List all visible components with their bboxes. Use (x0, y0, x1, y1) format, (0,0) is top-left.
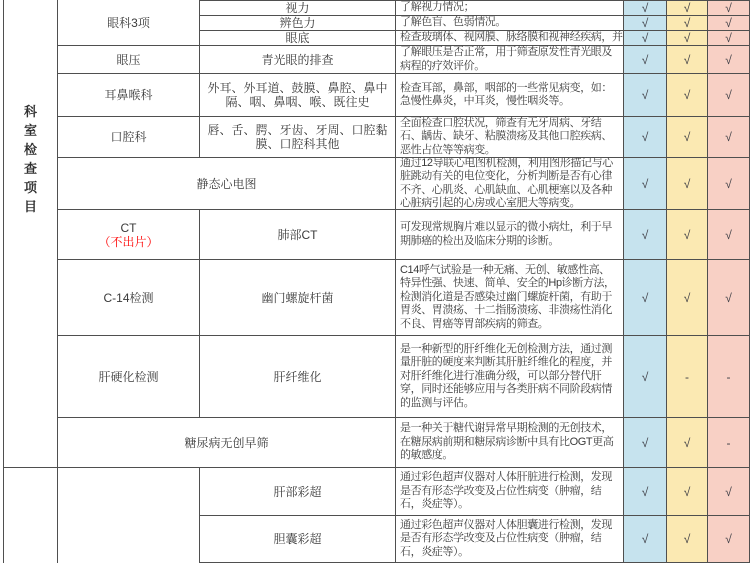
check-cell-pkg1: √ (624, 418, 667, 468)
check-cell-pkg2: √ (667, 117, 708, 158)
desc-cell: 了解色盲、色弱情况。 (396, 16, 624, 31)
category-cell-eye3: 眼科3项 (58, 0, 200, 46)
check-cell-pkg2: √ (667, 46, 708, 74)
check-cell-pkg2: √ (667, 74, 708, 117)
check-cell-pkg1: √ (624, 46, 667, 74)
check-cell-pkg1: √ (624, 158, 667, 210)
check-cell-pkg1: √ (624, 74, 667, 117)
check-cell-pkg1: √ (624, 16, 667, 31)
item-cell-hpylori: 幽门螺旋杆菌 (200, 260, 396, 336)
desc-cell: 通过彩色超声仪器对人体肝脏进行检测，发现是否有形态学改变及占位性病变（肿瘤，结石… (396, 468, 624, 516)
section-band-next-empty (3, 468, 58, 563)
check-cell-pkg1: √ (624, 336, 667, 418)
check-cell-pkg2: √ (667, 0, 708, 16)
check-cell-pkg2: - (667, 336, 708, 418)
check-cell-pkg3: - (708, 336, 750, 418)
check-cell-pkg2: √ (667, 210, 708, 260)
check-cell-pkg3: √ (708, 16, 750, 31)
check-cell-pkg1: √ (624, 117, 667, 158)
desc-cell: 了解视力情况； (396, 0, 624, 16)
desc-cell: 是一种新型的肝纤维化无创检测方法，通过测量肝脏的硬度来判断其肝脏纤维化的程度，并… (396, 336, 624, 418)
desc-cell: C14呼气试验是一种无痛、无创、敏感性高、特异性强、快速、简单、安全的Hp诊断方… (396, 260, 624, 336)
check-cell-pkg1: √ (624, 468, 667, 516)
category-cell-ct: CT （不出片） (58, 210, 200, 260)
section-band-label: 科室检查项目 (23, 102, 38, 216)
item-cell-liver-fibrosis: 肝纤维化 (200, 336, 396, 418)
check-cell-pkg1: √ (624, 260, 667, 336)
check-cell-pkg1: √ (624, 210, 667, 260)
check-cell-pkg3: √ (708, 46, 750, 74)
check-cell-pkg3: √ (708, 210, 750, 260)
check-cell-pkg2: √ (667, 16, 708, 31)
category-cell-c14: C-14检测 (58, 260, 200, 336)
check-cell-pkg1: √ (624, 516, 667, 563)
check-cell-pkg1: √ (624, 31, 667, 46)
desc-cell: 检查耳部，鼻部，咽部的一些常见病变，如：急慢性鼻炎，中耳炎，慢性咽炎等。 (396, 74, 624, 117)
desc-cell: 可发现常规胸片难以显示的微小病灶，利于早期肺癌的检出及临床分期的诊断。 (396, 210, 624, 260)
check-cell-pkg3: √ (708, 468, 750, 516)
check-cell-pkg3: √ (708, 0, 750, 16)
check-cell-pkg3: √ (708, 74, 750, 117)
checkup-items-table: 科室检查项目 眼科3项 眼压 耳鼻喉科 口腔科 静态心电图 CT （不出片） C… (3, 0, 750, 563)
item-cell-liver-ultrasound: 肝部彩超 (200, 468, 396, 516)
check-cell-pkg2: √ (667, 260, 708, 336)
desc-cell: 通过12导联心电图机检测，利用图形描记与心脏跳动有关的电位变化，分析判断是否有心… (396, 158, 624, 210)
desc-cell: 了解眼压是否正常，用于筛查原发性青光眼及病程的疗效评价。 (396, 46, 624, 74)
category-cell-liver-fibrosis: 肝硬化检测 (58, 336, 200, 418)
section-band-dept-check-items: 科室检查项目 (3, 0, 58, 468)
category-cell-dental: 口腔科 (58, 117, 200, 158)
category-cell-diabetes-merged: 糖尿病无创早筛 (58, 418, 396, 468)
check-cell-pkg2: √ (667, 158, 708, 210)
check-cell-pkg2: √ (667, 516, 708, 563)
check-cell-pkg2: √ (667, 31, 708, 46)
category-cell-eye-pressure: 眼压 (58, 46, 200, 74)
category-cell-ecg-merged: 静态心电图 (58, 158, 396, 210)
desc-cell: 通过彩色超声仪器对人体胆囊进行检测，发现是否有形态学改变及占位性病变（肿瘤，结石… (396, 516, 624, 563)
check-cell-pkg3: - (708, 418, 750, 468)
item-cell-vision: 视力 (200, 0, 396, 16)
item-cell-dental-list: 唇、舌、腭、牙齿、牙周、口腔黏膜、口腔科其他 (200, 117, 396, 158)
item-cell-lung-ct: 肺部CT (200, 210, 396, 260)
desc-cell: 是一种关于糖代谢异常早期检测的无创技术，在糖尿病前期和糖尿病诊断中具有比OGT更… (396, 418, 624, 468)
item-cell-fundus: 眼底 (200, 31, 396, 46)
ct-no-film-note: （不出片） (98, 235, 158, 249)
item-cell-gallbladder-ultrasound: 胆囊彩超 (200, 516, 396, 563)
check-cell-pkg1: √ (624, 0, 667, 16)
check-cell-pkg2: √ (667, 468, 708, 516)
check-cell-pkg3: √ (708, 117, 750, 158)
desc-cell: 全面检查口腔状况，筛查有无牙周病、牙结石、龋齿、缺牙、粘膜溃疡及其他口腔疾病、恶… (396, 117, 624, 158)
desc-cell: 检查玻璃体、视网膜、脉络膜和视神经疾病，并 (396, 31, 624, 46)
check-cell-pkg2: √ (667, 418, 708, 468)
item-cell-glaucoma: 青光眼的排查 (200, 46, 396, 74)
check-cell-pkg3: √ (708, 31, 750, 46)
check-cell-pkg3: √ (708, 158, 750, 210)
ct-label: CT (121, 221, 137, 235)
item-cell-color-vision: 辨色力 (200, 16, 396, 31)
check-cell-pkg3: √ (708, 516, 750, 563)
check-cell-pkg3: √ (708, 260, 750, 336)
category-cell-ent: 耳鼻喉科 (58, 74, 200, 117)
item-cell-ent-list: 外耳、外耳道、鼓膜、鼻腔、鼻中隔、咽、鼻咽、喉、既往史 (200, 74, 396, 117)
category-cell-bottom-empty (58, 468, 200, 563)
